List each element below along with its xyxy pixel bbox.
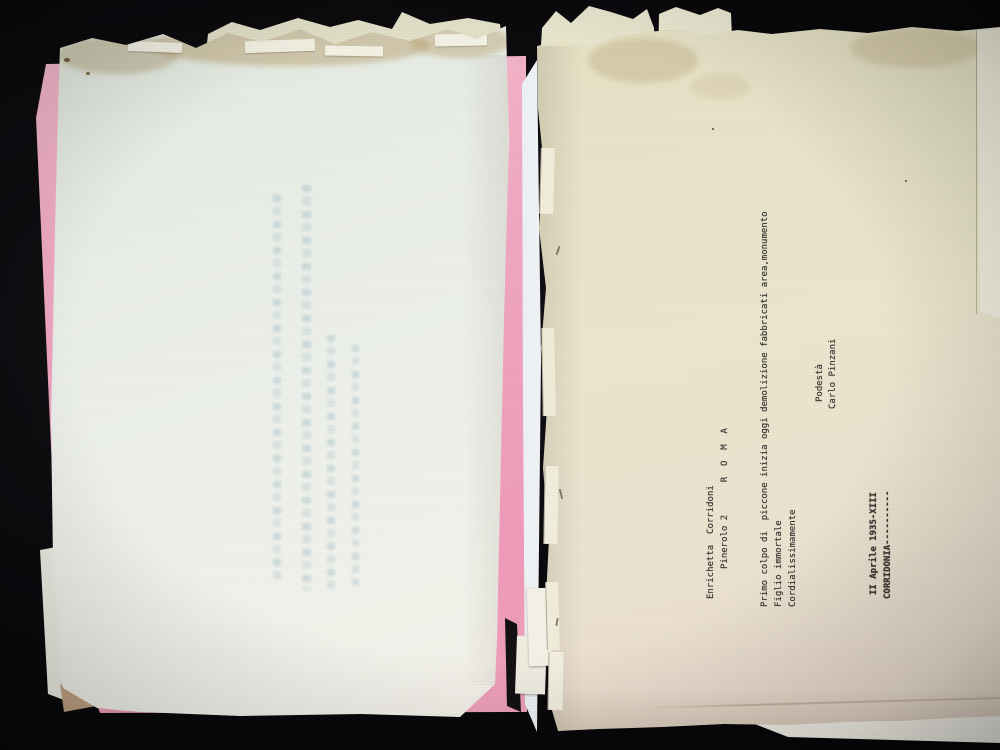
telegram-line: Pinerolo 2 R O M A: [719, 207, 733, 607]
telegram-line: [841, 207, 855, 607]
ghost-text-line: [352, 345, 359, 585]
paper-speck: [64, 58, 70, 62]
torn-flap: [128, 41, 182, 53]
torn-flap: [541, 328, 556, 416]
torn-flap: [547, 652, 563, 710]
torn-flap: [325, 45, 383, 56]
telegram-line: Podestà: [814, 207, 828, 607]
worn-edge-stain: [588, 38, 698, 83]
torn-flap: [545, 582, 560, 650]
worn-edge-stain: [850, 28, 980, 68]
telegram-line: II Aprile 1935-XIII: [868, 207, 882, 607]
torn-flap: [245, 39, 315, 53]
telegram-line: Enrichetta Corridoni: [705, 207, 719, 607]
telegram-line: Figlio immortale: [773, 207, 787, 607]
paper-speck: [905, 180, 907, 182]
telegram-line: CORRIDONIA----------: [882, 207, 896, 607]
ghost-text-line: [302, 185, 311, 590]
telegram-line: [800, 207, 814, 607]
telegram-line: Carlo Pinzani: [827, 207, 841, 607]
paper-speck: [86, 72, 90, 75]
telegram-line: [855, 207, 869, 607]
sheet-edge-line: [976, 30, 977, 314]
telegram-line: Primo colpo di piccone inizia oggi demol…: [759, 207, 773, 607]
telegram-text-block: Enrichetta CorridoniPinerolo 2 R O M APr…: [705, 207, 897, 607]
torn-flap: [543, 466, 558, 544]
ghost-text-line: [327, 335, 335, 590]
ghost-text-line: [273, 195, 281, 585]
telegram-line: [732, 207, 746, 607]
telegram-line: [746, 207, 760, 607]
torn-flap: [539, 148, 555, 214]
worn-edge-stain: [690, 74, 750, 99]
photo-archive-documents: Enrichetta CorridoniPinerolo 2 R O M APr…: [0, 0, 1000, 750]
telegram-line: Cordialissimamente: [787, 207, 801, 607]
paper-speck: [712, 128, 714, 130]
